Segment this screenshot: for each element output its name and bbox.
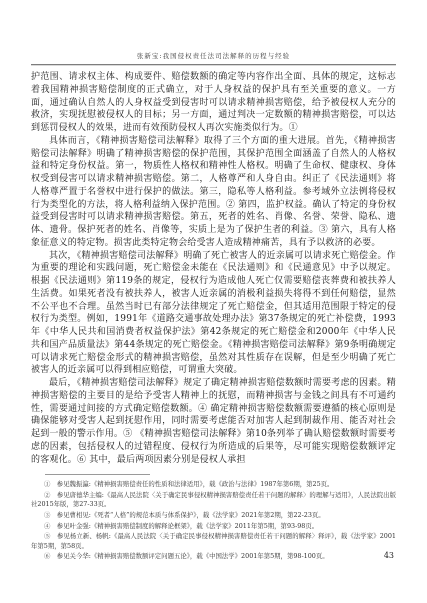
footnote: ⑥ 参见关今华:《精神损害赔偿数额评定问题五论》，载《中国法学》2001年第5期… <box>31 552 396 562</box>
footnote: ② 参见唐德华主编:《最高人民法院〈关于确定民事侵权精神损害赔偿责任若干问题的解… <box>31 491 396 510</box>
paragraph: 护范围、请求权主体、构成要件、赔偿数额的确定等内容作出全面、具体的规定，这标志着… <box>31 71 396 135</box>
running-title: 张新宝:我国侵权责任法司法解释的历程与经验 <box>137 52 290 60</box>
paragraph: 具体而言，《精神损害赔偿司法解释》取得了三个方面的重大进展。首先，《精神损害赔偿… <box>31 135 396 250</box>
running-header: 张新宝:我国侵权责任法司法解释的历程与经验 <box>31 52 396 60</box>
footnote: ④ 参见叶金强:《精神损害赔偿制度的解释论框架》，载《法学家》2011年第5期，… <box>31 522 396 532</box>
paragraph: 最后，《精神损害赔偿司法解释》规定了确定精神损害赔偿数额时需要考虑的因素。精神损… <box>31 377 396 466</box>
footnote: ③ 参见曹相见:《死者“人格”的规范本质与体系保护》，载《法学家》2021年第2… <box>31 511 396 521</box>
body-text: 护范围、请求权主体、构成要件、赔偿数额的确定等内容作出全面、具体的规定，这标志着… <box>31 71 396 466</box>
document-page: 张新宝:我国侵权责任法司法解释的历程与经验 护范围、请求权主体、构成要件、赔偿数… <box>0 0 427 603</box>
header-rule <box>31 64 396 66</box>
footnote: ① 参见魏振瀛:《精神损害赔偿责任的性质和法律适用》，载《政治与法律》1987年… <box>31 480 396 490</box>
paragraph: 其次，《精神损害赔偿司法解释》明确了死亡被害人的近亲属可以请求死亡赔偿金。作为重… <box>31 250 396 378</box>
footnote: ⑤ 参见杨立新、杨帆:《最高人民法院〈关于确定民事侵权精神损害赔偿责任若干问题的… <box>31 532 396 551</box>
page-number: 43 <box>384 551 394 560</box>
footnotes: ① 参见魏振瀛:《精神损害赔偿责任的性质和法律适用》，载《政治与法律》1987年… <box>31 480 396 562</box>
footnote-separator <box>45 474 150 475</box>
